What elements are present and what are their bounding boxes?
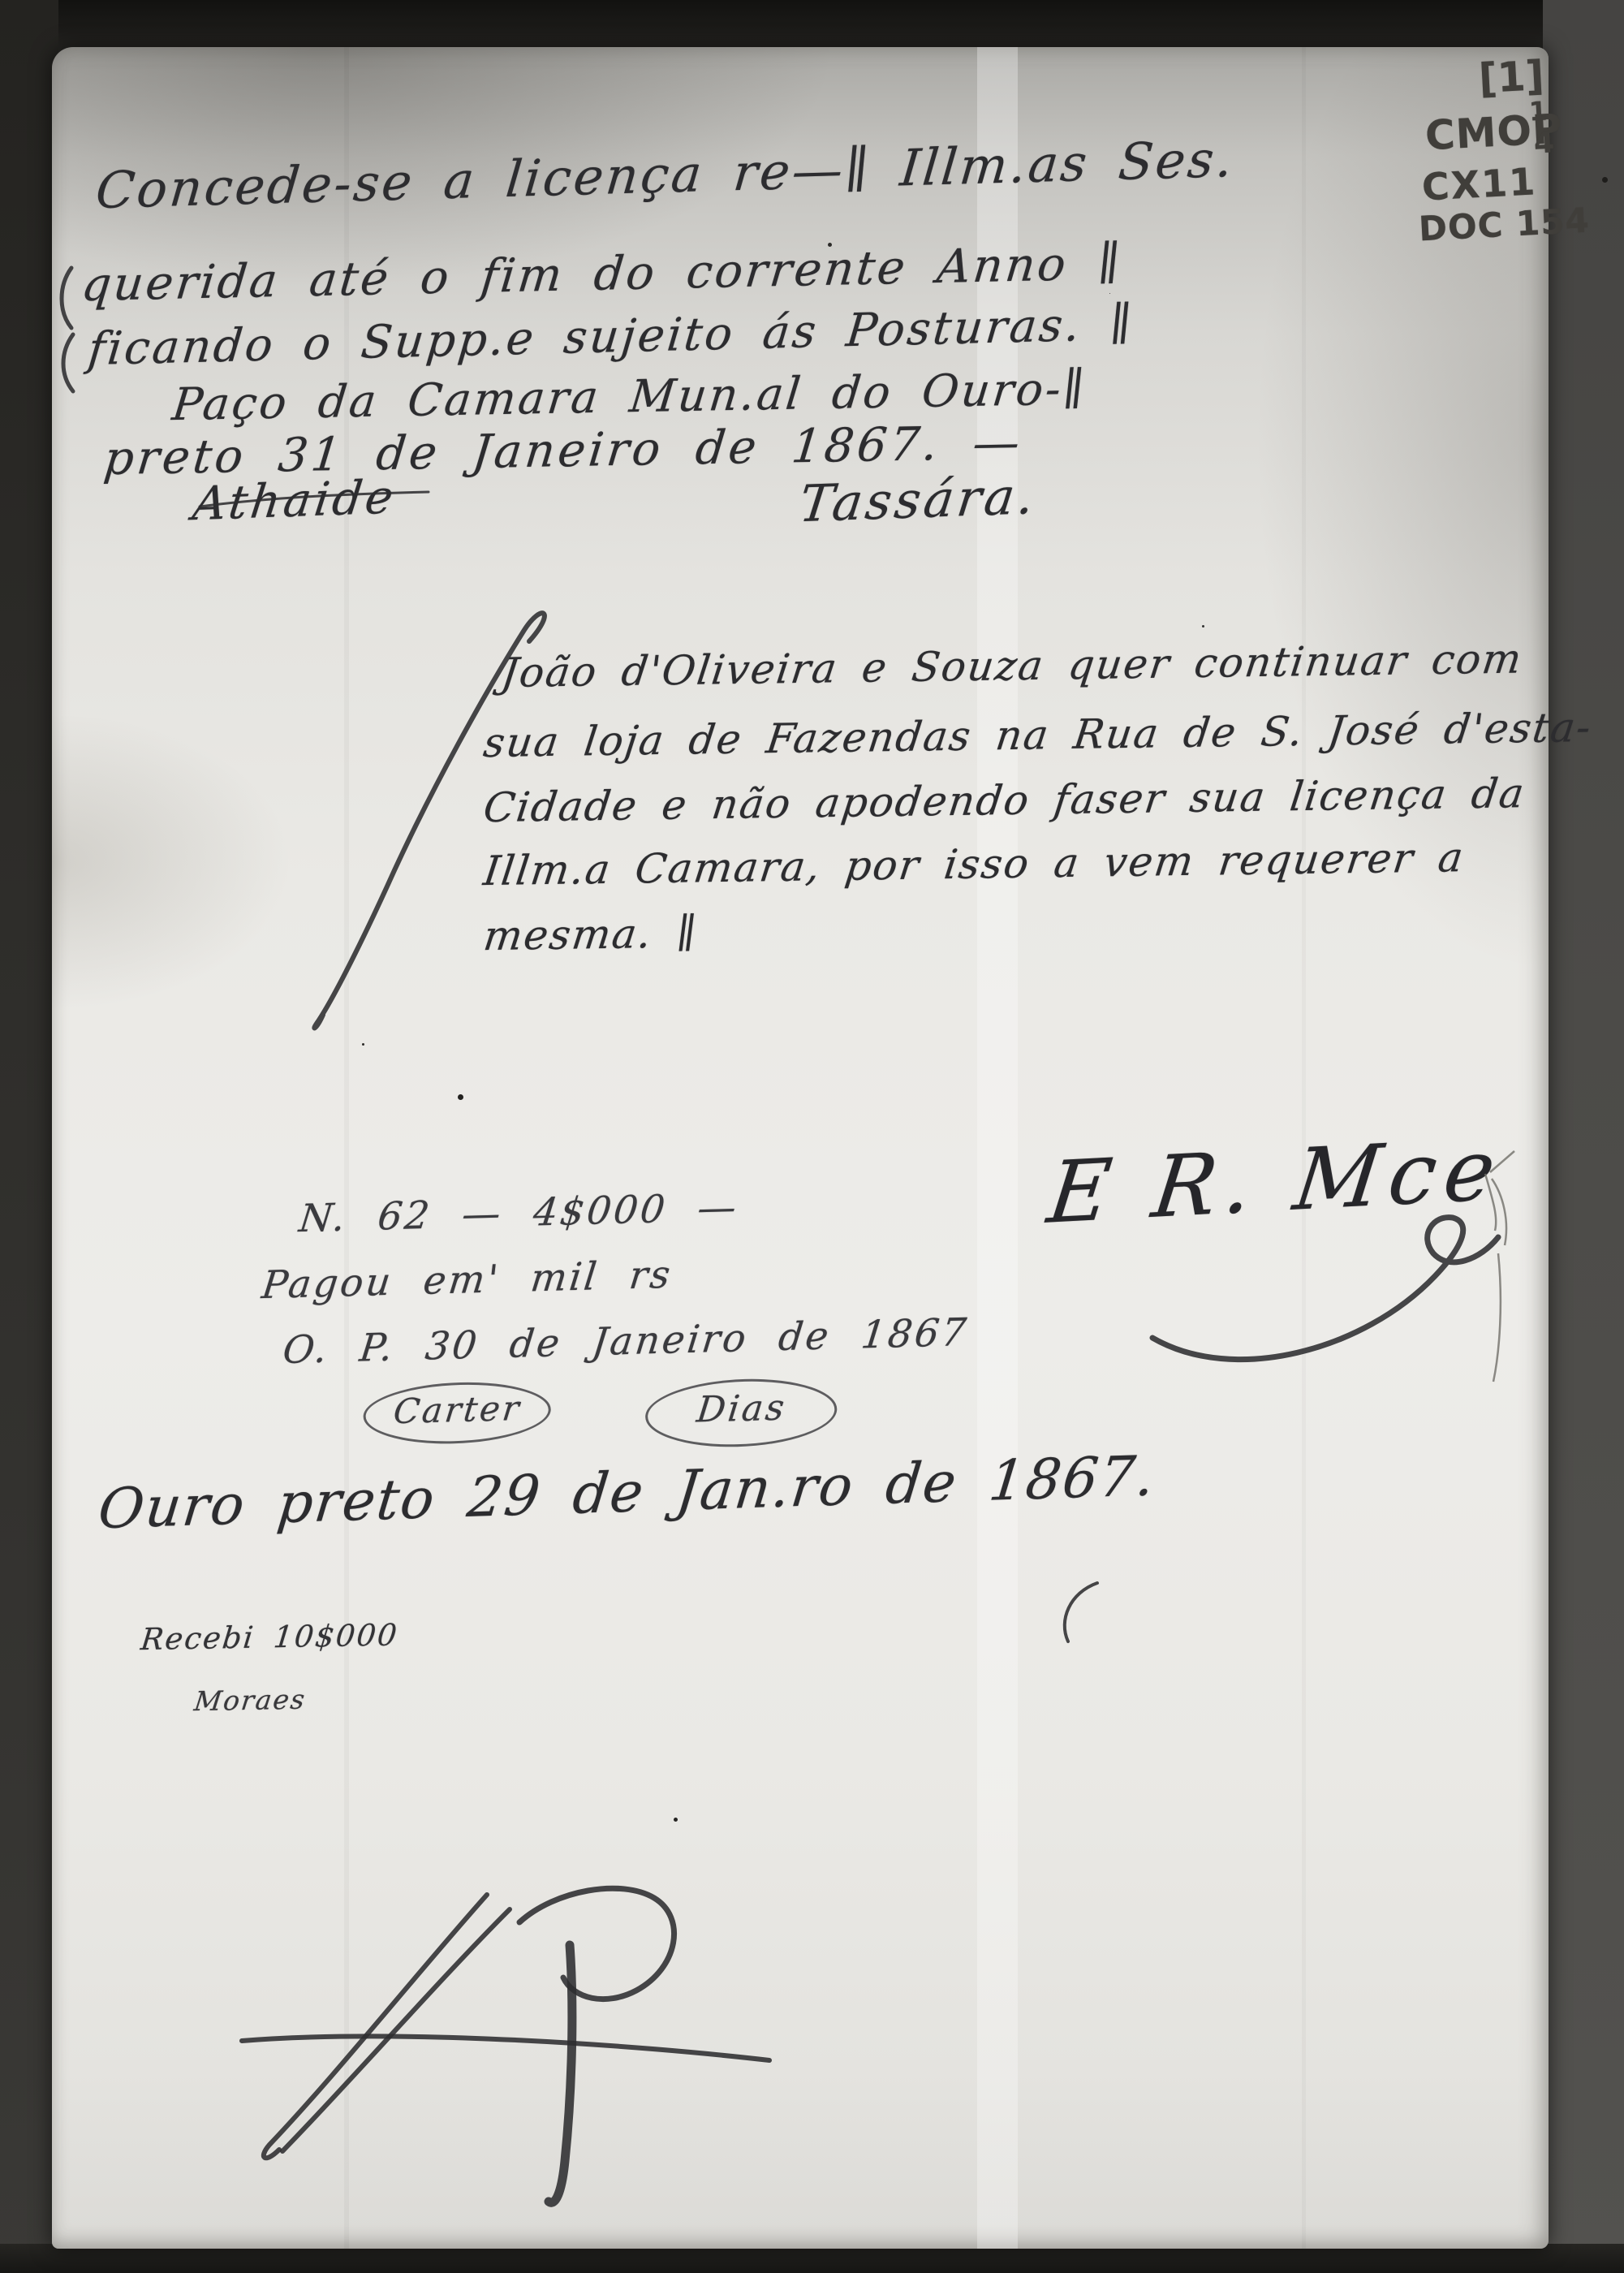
- paper-speck: [458, 1094, 463, 1100]
- dispatch-signature-tassara: Tassára.: [796, 466, 1040, 534]
- archival-ref-mark: [1]: [1478, 52, 1545, 102]
- archival-fraction-numerator: 1: [1528, 95, 1548, 127]
- receipt-signature-moraes: Moraes: [192, 1684, 308, 1717]
- receipt-line: Recebi 10$000: [139, 1617, 399, 1657]
- dispatch-signature-athaide: Athaide: [190, 470, 399, 531]
- petition-line-5: mesma. ∥: [481, 909, 700, 960]
- scanned-document-page: [1] CMOP 1 4 CX11 DOC 154 Concede-se a l…: [0, 0, 1624, 2273]
- archival-box-mark: CX11: [1421, 159, 1538, 209]
- scan-bed-right: [1543, 0, 1624, 2273]
- scan-bed-left: [0, 0, 58, 2273]
- archival-fraction-denominator: 4: [1533, 126, 1555, 160]
